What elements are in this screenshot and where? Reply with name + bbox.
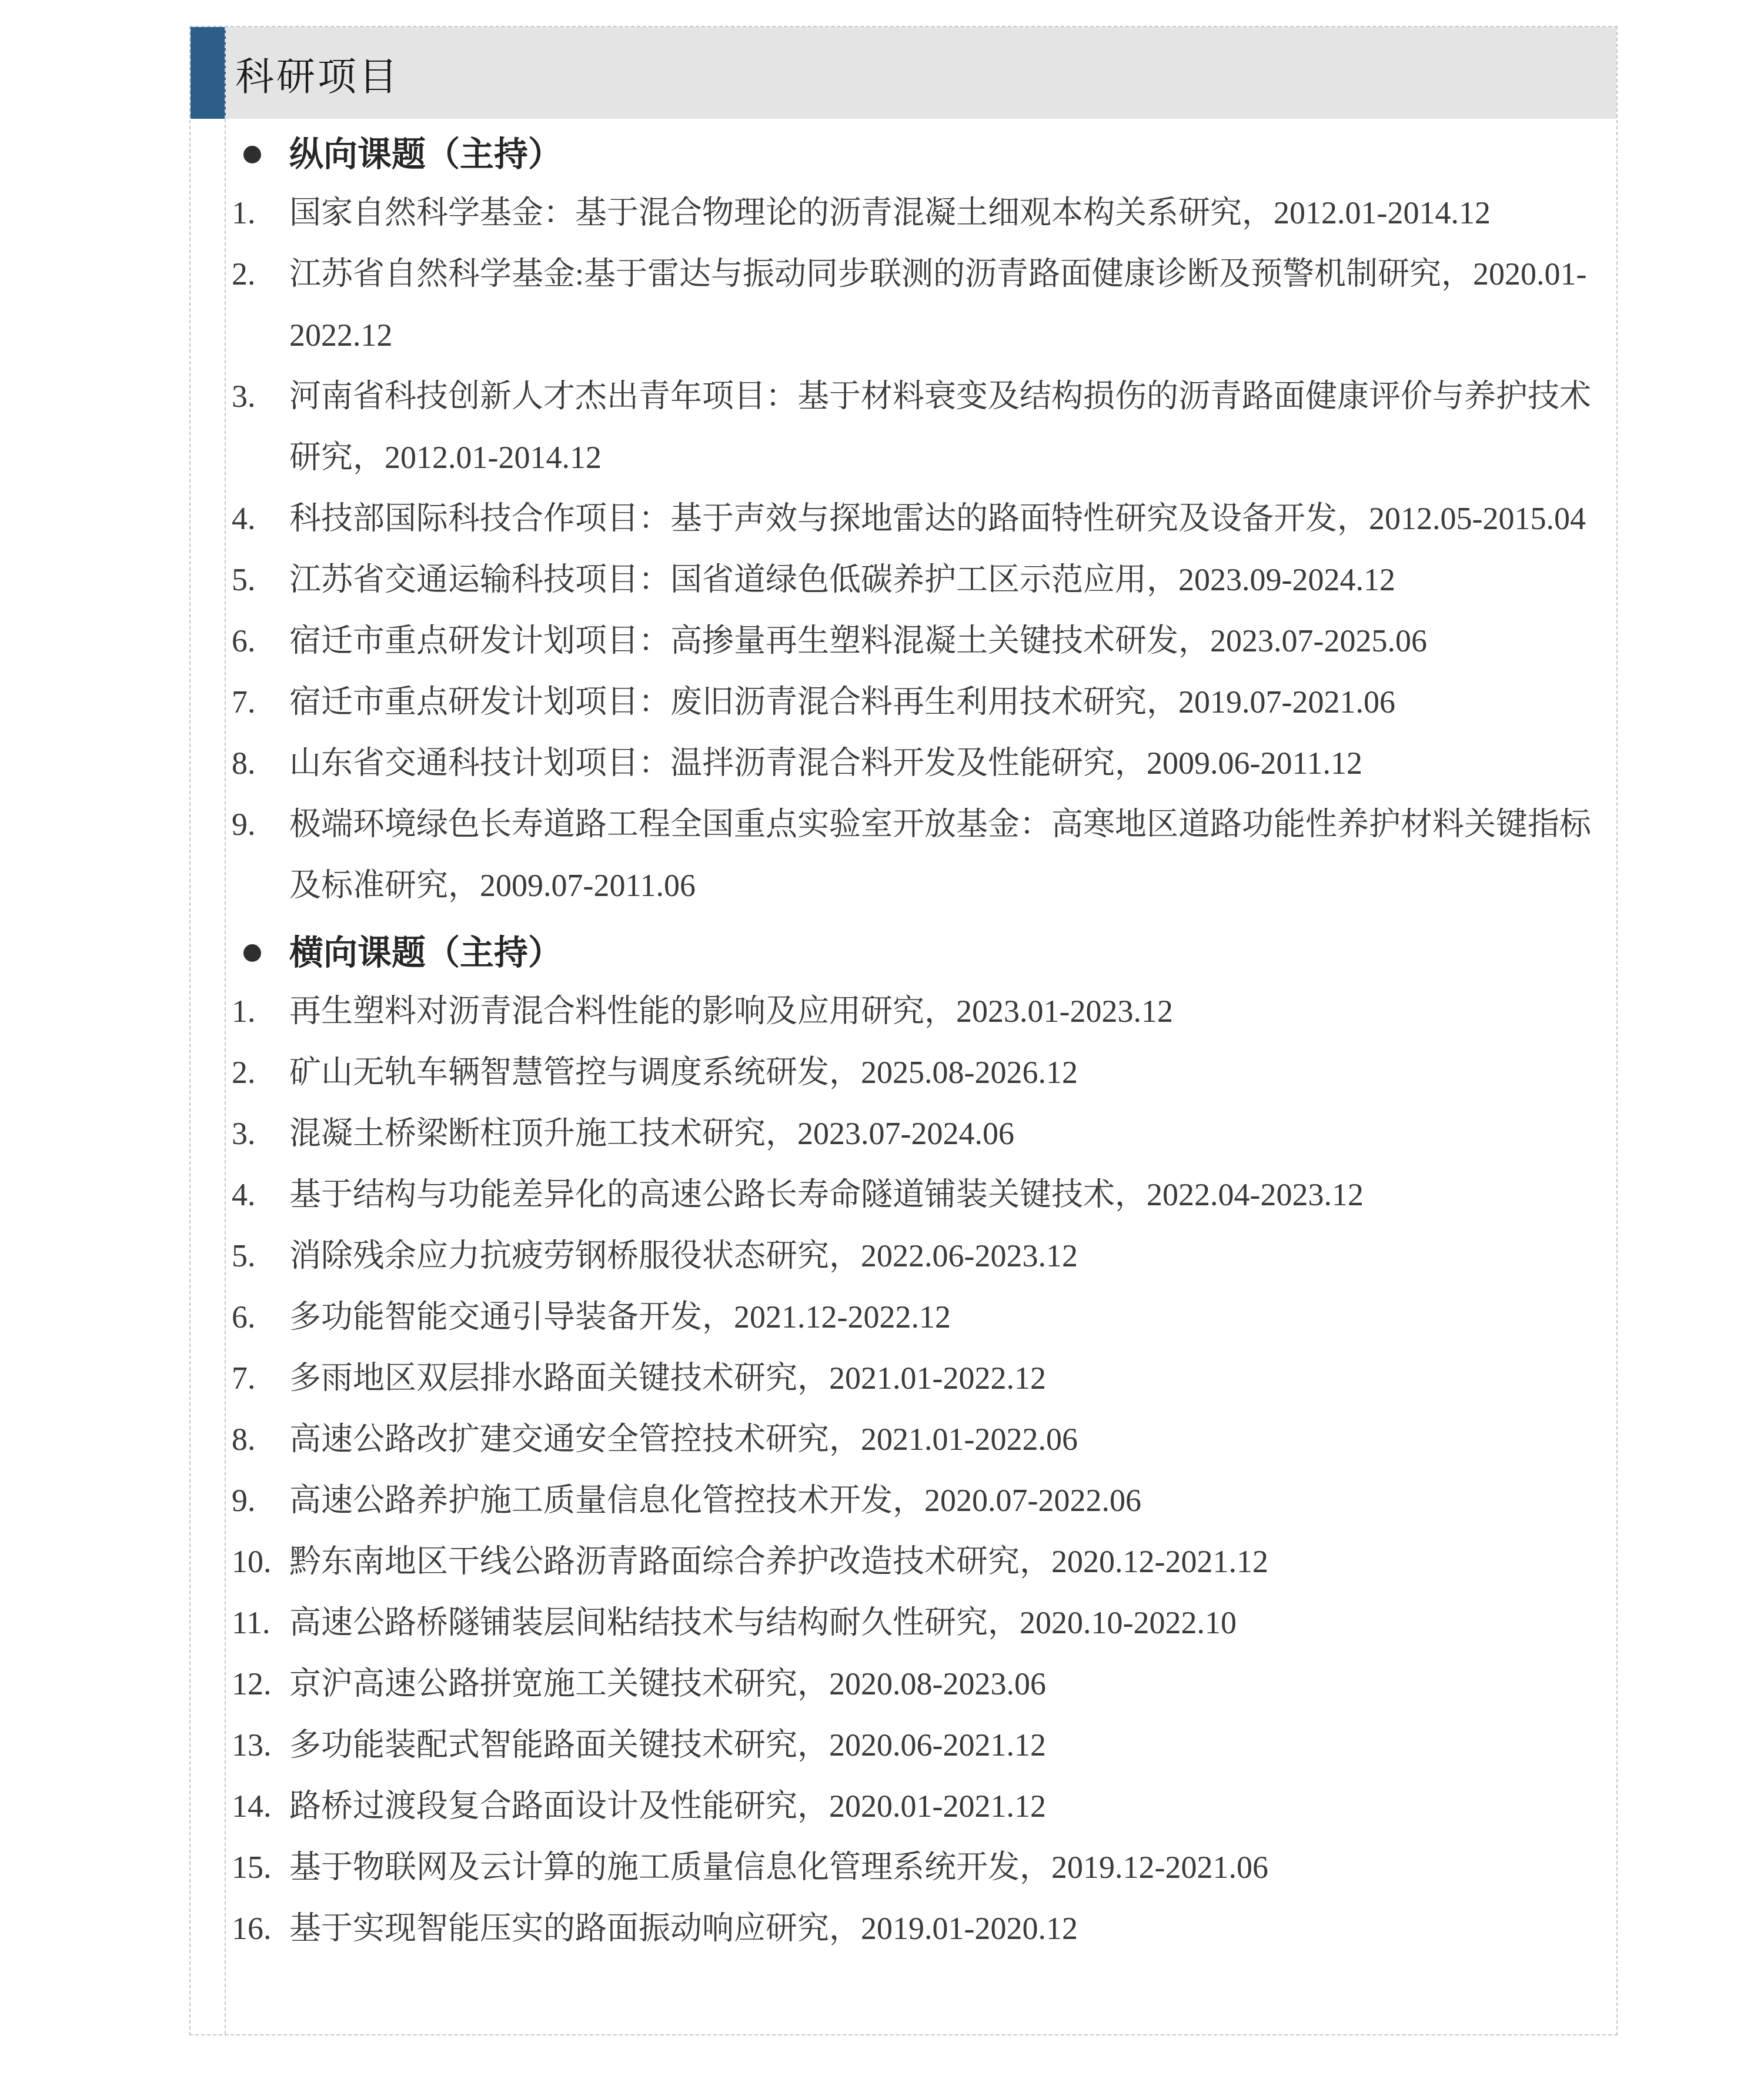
- project-item: 4.科技部国际科技合作项目：基于声效与探地雷达的路面特性研究及设备开发，2012…: [226, 488, 1602, 549]
- group-heading-horizontal: 横向课题（主持）: [226, 932, 1602, 974]
- item-number: 15.: [232, 1837, 272, 1898]
- vertical-project-list: 1.国家自然科学基金：基于混合物理论的沥青混凝土细观本构关系研究，2012.01…: [226, 182, 1602, 916]
- item-number: 12.: [232, 1653, 272, 1714]
- page-title: 科研项目: [235, 45, 400, 101]
- project-item: 8.高速公路改扩建交通安全管控技术研究，2021.01-2022.06: [226, 1409, 1602, 1470]
- item-number: 5.: [232, 549, 256, 610]
- item-number: 9.: [232, 794, 256, 855]
- item-text: 路桥过渡段复合路面设计及性能研究，2020.01-2021.12: [289, 1788, 1046, 1824]
- project-item: 1.再生塑料对沥青混合料性能的影响及应用研究，2023.01-2023.12: [226, 981, 1602, 1042]
- item-text: 宿迁市重点研发计划项目：高掺量再生塑料混凝土关键技术研发，2023.07-202…: [289, 623, 1427, 658]
- item-text: 多功能智能交通引导装备开发，2021.12-2022.12: [289, 1299, 951, 1335]
- project-item: 7.宿迁市重点研发计划项目：废旧沥青混合料再生利用技术研究，2019.07-20…: [226, 671, 1602, 733]
- project-group-vertical: 纵向课题（主持） 1.国家自然科学基金：基于混合物理论的沥青混凝土细观本构关系研…: [226, 134, 1602, 916]
- project-item: 15.基于物联网及云计算的施工质量信息化管理系统开发，2019.12-2021.…: [226, 1837, 1602, 1898]
- item-number: 7.: [232, 671, 256, 733]
- item-number: 8.: [232, 1409, 256, 1470]
- project-item: 7.多雨地区双层排水路面关键技术研究，2021.01-2022.12: [226, 1348, 1602, 1409]
- header-accent-bar: [191, 27, 226, 119]
- project-item: 2.江苏省自然科学基金:基于雷达与振动同步联测的沥青路面健康诊断及预警机制研究，…: [226, 243, 1602, 366]
- project-item: 4.基于结构与功能差异化的高速公路长寿命隧道铺装关键技术，2022.04-202…: [226, 1164, 1602, 1225]
- project-item: 6.宿迁市重点研发计划项目：高掺量再生塑料混凝土关键技术研发，2023.07-2…: [226, 610, 1602, 671]
- item-number: 3.: [232, 366, 256, 427]
- item-number: 1.: [232, 981, 256, 1042]
- item-number: 4.: [232, 1164, 256, 1225]
- horizontal-project-list: 1.再生塑料对沥青混合料性能的影响及应用研究，2023.01-2023.12 2…: [226, 981, 1602, 1959]
- item-number: 1.: [232, 182, 256, 243]
- item-number: 6.: [232, 610, 256, 671]
- item-text: 山东省交通科技计划项目：温拌沥青混合料开发及性能研究，2009.06-2011.…: [289, 746, 1362, 781]
- group-title: 纵向课题（主持）: [289, 134, 562, 175]
- item-text: 宿迁市重点研发计划项目：废旧沥青混合料再生利用技术研究，2019.07-2021…: [289, 684, 1395, 720]
- item-number: 16.: [232, 1898, 272, 1959]
- item-text: 多雨地区双层排水路面关键技术研究，2021.01-2022.12: [289, 1360, 1046, 1396]
- project-item: 9.高速公路养护施工质量信息化管控技术开发，2020.07-2022.06: [226, 1470, 1602, 1531]
- item-text: 极端环境绿色长寿道路工程全国重点实验室开放基金：高寒地区道路功能性养护材料关键指…: [289, 807, 1591, 903]
- item-text: 江苏省交通运输科技项目：国省道绿色低碳养护工区示范应用，2023.09-2024…: [289, 562, 1395, 597]
- project-item: 9.极端环境绿色长寿道路工程全国重点实验室开放基金：高寒地区道路功能性养护材料关…: [226, 794, 1602, 916]
- project-item: 16.基于实现智能压实的路面振动响应研究，2019.01-2020.12: [226, 1898, 1602, 1959]
- item-number: 14.: [232, 1776, 272, 1837]
- item-text: 高速公路改扩建交通安全管控技术研究，2021.01-2022.06: [289, 1422, 1078, 1457]
- item-number: 3.: [232, 1103, 256, 1164]
- section-header: 科研项目: [191, 27, 1616, 119]
- project-item: 2.矿山无轨车辆智慧管控与调度系统研发，2025.08-2026.12: [226, 1042, 1602, 1103]
- item-text: 基于实现智能压实的路面振动响应研究，2019.01-2020.12: [289, 1911, 1078, 1946]
- bullet-circle-icon: [243, 944, 261, 962]
- item-number: 7.: [232, 1348, 256, 1409]
- project-item: 3.河南省科技创新人才杰出青年项目：基于材料衰变及结构损伤的沥青路面健康评价与养…: [226, 366, 1602, 488]
- item-number: 2.: [232, 1042, 256, 1103]
- project-item: 5.消除残余应力抗疲劳钢桥服役状态研究，2022.06-2023.12: [226, 1225, 1602, 1286]
- section-body: 纵向课题（主持） 1.国家自然科学基金：基于混合物理论的沥青混凝土细观本构关系研…: [225, 119, 1616, 2034]
- project-item: 6.多功能智能交通引导装备开发，2021.12-2022.12: [226, 1286, 1602, 1348]
- item-number: 10.: [232, 1531, 272, 1592]
- item-number: 11.: [232, 1592, 270, 1653]
- item-text: 黔东南地区干线公路沥青路面综合养护改造技术研究，2020.12-2021.12: [289, 1544, 1268, 1579]
- item-number: 9.: [232, 1470, 256, 1531]
- project-item: 12.京沪高速公路拼宽施工关键技术研究，2020.08-2023.06: [226, 1653, 1602, 1714]
- project-item: 5.江苏省交通运输科技项目：国省道绿色低碳养护工区示范应用，2023.09-20…: [226, 549, 1602, 610]
- item-text: 基于物联网及云计算的施工质量信息化管理系统开发，2019.12-2021.06: [289, 1850, 1268, 1885]
- project-item: 14.路桥过渡段复合路面设计及性能研究，2020.01-2021.12: [226, 1776, 1602, 1837]
- item-text: 高速公路养护施工质量信息化管控技术开发，2020.07-2022.06: [289, 1483, 1141, 1518]
- item-number: 8.: [232, 733, 256, 794]
- project-group-horizontal: 横向课题（主持） 1.再生塑料对沥青混合料性能的影响及应用研究，2023.01-…: [226, 932, 1602, 1959]
- item-number: 6.: [232, 1286, 256, 1348]
- project-item: 11.高速公路桥隧铺装层间粘结技术与结构耐久性研究，2020.10-2022.1…: [226, 1592, 1602, 1653]
- item-text: 科技部国际科技合作项目：基于声效与探地雷达的路面特性研究及设备开发，2012.0…: [289, 501, 1586, 536]
- project-item: 1.国家自然科学基金：基于混合物理论的沥青混凝土细观本构关系研究，2012.01…: [226, 182, 1602, 243]
- group-heading-vertical: 纵向课题（主持）: [226, 134, 1602, 175]
- item-text: 再生塑料对沥青混合料性能的影响及应用研究，2023.01-2023.12: [289, 994, 1173, 1029]
- item-text: 混凝土桥梁断柱顶升施工技术研究，2023.07-2024.06: [289, 1116, 1014, 1151]
- bullet-circle-icon: [243, 146, 261, 163]
- project-item: 13.多功能装配式智能路面关键技术研究，2020.06-2021.12: [226, 1714, 1602, 1776]
- item-text: 江苏省自然科学基金:基于雷达与振动同步联测的沥青路面健康诊断及预警机制研究，20…: [289, 256, 1586, 353]
- item-number: 4.: [232, 488, 256, 549]
- group-title: 横向课题（主持）: [289, 932, 562, 974]
- project-item: 3.混凝土桥梁断柱顶升施工技术研究，2023.07-2024.06: [226, 1103, 1602, 1164]
- project-item: 10.黔东南地区干线公路沥青路面综合养护改造技术研究，2020.12-2021.…: [226, 1531, 1602, 1592]
- item-text: 多功能装配式智能路面关键技术研究，2020.06-2021.12: [289, 1727, 1046, 1763]
- item-text: 京沪高速公路拼宽施工关键技术研究，2020.08-2023.06: [289, 1666, 1046, 1701]
- research-projects-section: 科研项目 纵向课题（主持） 1.国家自然科学基金：基于混合物理论的沥青混凝土细观…: [189, 26, 1618, 2035]
- item-text: 国家自然科学基金：基于混合物理论的沥青混凝土细观本构关系研究，2012.01-2…: [289, 195, 1491, 230]
- item-number: 5.: [232, 1225, 256, 1286]
- project-item: 8.山东省交通科技计划项目：温拌沥青混合料开发及性能研究，2009.06-201…: [226, 733, 1602, 794]
- item-text: 河南省科技创新人才杰出青年项目：基于材料衰变及结构损伤的沥青路面健康评价与养护技…: [289, 379, 1591, 475]
- item-text: 矿山无轨车辆智慧管控与调度系统研发，2025.08-2026.12: [289, 1055, 1078, 1090]
- item-number: 13.: [232, 1714, 272, 1776]
- item-number: 2.: [232, 243, 256, 305]
- item-text: 基于结构与功能差异化的高速公路长寿命隧道铺装关键技术，2022.04-2023.…: [289, 1177, 1364, 1212]
- item-text: 消除残余应力抗疲劳钢桥服役状态研究，2022.06-2023.12: [289, 1238, 1078, 1273]
- item-text: 高速公路桥隧铺装层间粘结技术与结构耐久性研究，2020.10-2022.10: [289, 1605, 1237, 1640]
